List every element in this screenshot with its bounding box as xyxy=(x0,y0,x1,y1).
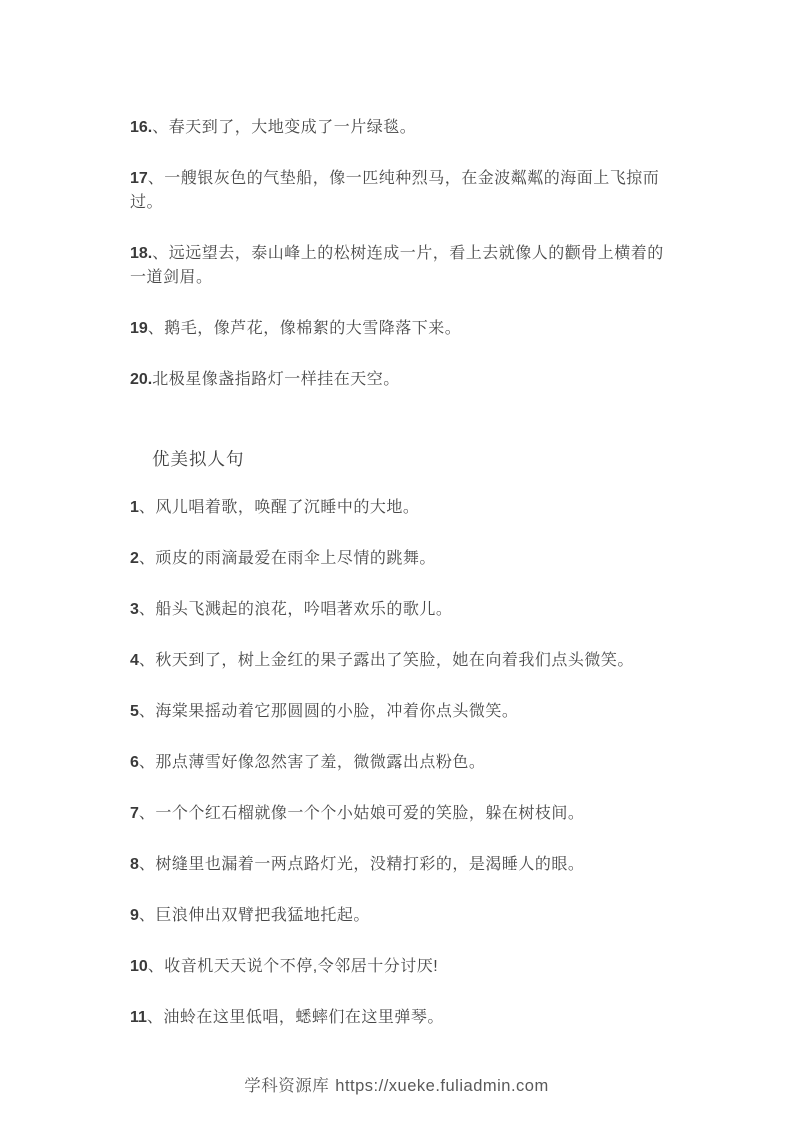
simile-item-16: 16.、春天到了，大地变成了一片绿毯。 xyxy=(130,116,667,140)
item-text: 、船头飞溅起的浪花，吟唱著欢乐的歌儿。 xyxy=(139,601,453,618)
item-number: 5 xyxy=(130,703,139,720)
personification-item-8: 8、树缝里也漏着一两点路灯光，没精打彩的，是渴睡人的眼。 xyxy=(130,853,667,877)
document-content: 16.、春天到了，大地变成了一片绿毯。 17、一艘银灰色的气垫船，像一匹纯种烈马… xyxy=(0,0,793,1030)
simile-item-20: 20.北极星像盏指路灯一样挂在天空。 xyxy=(130,368,667,392)
personification-item-4: 4、秋天到了，树上金红的果子露出了笑脸，她在向着我们点头微笑。 xyxy=(130,649,667,673)
item-number: 6 xyxy=(130,754,139,771)
item-number: 20. xyxy=(130,371,152,388)
item-text: 、油蛉在这里低唱，蟋蟀们在这里弹琴。 xyxy=(147,1009,444,1026)
personification-item-5: 5、海棠果摇动着它那圆圆的小脸，冲着你点头微笑。 xyxy=(130,700,667,724)
document-page: 16.、春天到了，大地变成了一片绿毯。 17、一艘银灰色的气垫船，像一匹纯种烈马… xyxy=(0,0,793,1122)
simile-item-18: 18.、远远望去，泰山峰上的松树连成一片，看上去就像人的颧骨上横着的一道剑眉。 xyxy=(130,242,667,290)
item-number: 8 xyxy=(130,856,139,873)
item-number: 2 xyxy=(130,550,139,567)
item-text: 、树缝里也漏着一两点路灯光，没精打彩的，是渴睡人的眼。 xyxy=(139,856,585,873)
item-text: 北极星像盏指路灯一样挂在天空。 xyxy=(152,371,400,388)
item-text: 、远远望去，泰山峰上的松树连成一片，看上去就像人的颧骨上横着的一道剑眉。 xyxy=(130,245,664,286)
item-number: 10 xyxy=(130,958,148,975)
simile-item-17: 17、一艘银灰色的气垫船，像一匹纯种烈马，在金波粼粼的海面上飞掠而过。 xyxy=(130,167,667,215)
item-text: 、鹅毛，像芦花，像棉絮的大雪降落下来。 xyxy=(148,320,462,337)
item-text: 、春天到了，大地变成了一片绿毯。 xyxy=(152,119,416,136)
item-number: 3 xyxy=(130,601,139,618)
item-number: 19 xyxy=(130,320,148,337)
item-text: 、秋天到了，树上金红的果子露出了笑脸，她在向着我们点头微笑。 xyxy=(139,652,634,669)
simile-item-19: 19、鹅毛，像芦花，像棉絮的大雪降落下来。 xyxy=(130,317,667,341)
item-text: 、一艘银灰色的气垫船，像一匹纯种烈马，在金波粼粼的海面上飞掠而过。 xyxy=(130,170,659,211)
personification-item-6: 6、那点薄雪好像忽然害了羞，微微露出点粉色。 xyxy=(130,751,667,775)
personification-item-11: 11、油蛉在这里低唱，蟋蟀们在这里弹琴。 xyxy=(130,1006,667,1030)
footer-site-name: 学科资源库 xyxy=(244,1077,329,1095)
item-text: 、巨浪伸出双臂把我猛地托起。 xyxy=(139,907,370,924)
item-number: 16. xyxy=(130,119,152,136)
item-number: 4 xyxy=(130,652,139,669)
personification-item-1: 1、风儿唱着歌，唤醒了沉睡中的大地。 xyxy=(130,496,667,520)
personification-item-7: 7、一个个红石榴就像一个个小姑娘可爱的笑脸，躲在树枝间。 xyxy=(130,802,667,826)
personification-item-10: 10、收音机天天说个不停,令邻居十分讨厌! xyxy=(130,955,667,979)
item-text: 、海棠果摇动着它那圆圆的小脸，冲着你点头微笑。 xyxy=(139,703,519,720)
item-number: 1 xyxy=(130,499,139,516)
personification-item-9: 9、巨浪伸出双臂把我猛地托起。 xyxy=(130,904,667,928)
item-number: 17 xyxy=(130,170,148,187)
section-heading-personification: 优美拟人句 xyxy=(152,446,667,472)
item-number: 7 xyxy=(130,805,139,822)
item-text: 、收音机天天说个不停,令邻居十分讨厌! xyxy=(148,958,438,975)
personification-item-3: 3、船头飞溅起的浪花，吟唱著欢乐的歌儿。 xyxy=(130,598,667,622)
footer-watermark: 学科资源库https://xueke.fuliadmin.com xyxy=(0,1072,793,1096)
item-number: 18. xyxy=(130,245,152,262)
footer-url[interactable]: https://xueke.fuliadmin.com xyxy=(335,1077,548,1095)
item-text: 、那点薄雪好像忽然害了羞，微微露出点粉色。 xyxy=(139,754,486,771)
item-text: 、顽皮的雨滴最爱在雨伞上尽情的跳舞。 xyxy=(139,550,436,567)
item-text: 、一个个红石榴就像一个个小姑娘可爱的笑脸，躲在树枝间。 xyxy=(139,805,585,822)
item-number: 11 xyxy=(130,1009,147,1026)
item-text: 、风儿唱着歌，唤醒了沉睡中的大地。 xyxy=(139,499,420,516)
item-number: 9 xyxy=(130,907,139,924)
personification-item-2: 2、顽皮的雨滴最爱在雨伞上尽情的跳舞。 xyxy=(130,547,667,571)
